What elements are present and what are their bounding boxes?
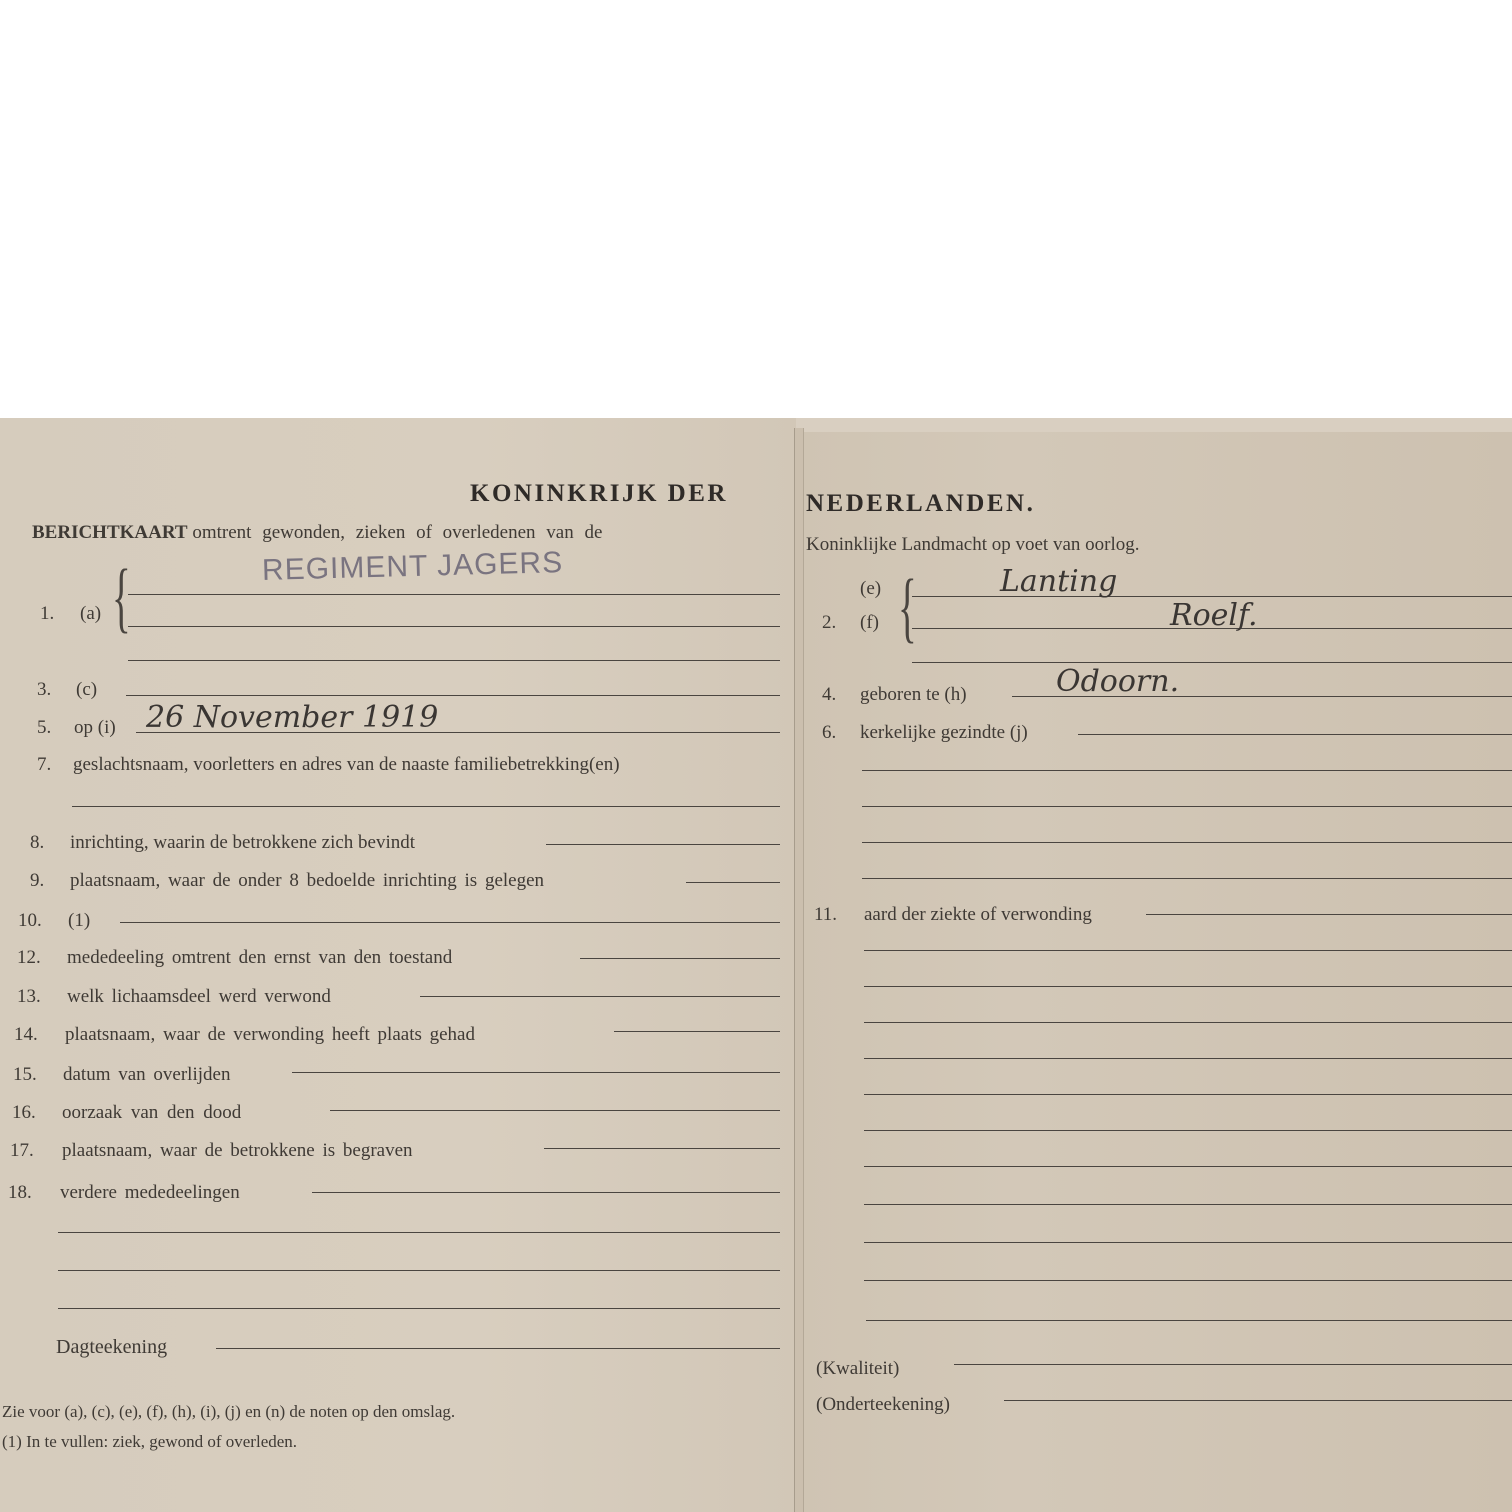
note-1: Zie voor (a), (c), (e), (f), (h), (i), (…	[2, 1402, 455, 1422]
field-18-input-2[interactable]	[58, 1232, 780, 1233]
field-11-input-7[interactable]	[864, 1130, 1512, 1131]
field-6-input-5[interactable]	[862, 878, 1512, 879]
field-7-num: 7.	[37, 754, 51, 776]
field-17-input[interactable]	[544, 1148, 780, 1149]
field-4-num: 4.	[822, 684, 836, 706]
field-6-input[interactable]	[1078, 734, 1512, 735]
field-2f-value: Roelf.	[1170, 598, 1258, 633]
field-18-label: verdere mededeelingen	[60, 1182, 240, 1204]
field-4-value: Odoorn.	[1056, 664, 1179, 699]
field-18-input[interactable]	[312, 1192, 780, 1193]
field-18-input-3[interactable]	[58, 1270, 780, 1271]
brace-1: {	[112, 558, 131, 636]
field-15-input[interactable]	[292, 1072, 780, 1073]
field-17-num: 17.	[10, 1140, 34, 1162]
field-1-input-b[interactable]	[128, 626, 780, 627]
field-8-label: inrichting, waarin de betrokkene zich be…	[70, 832, 415, 854]
field-18-input-4[interactable]	[58, 1308, 780, 1309]
title-left: KONINKRIJK DER	[470, 480, 728, 508]
field-6-input-3[interactable]	[862, 806, 1512, 807]
intro-left: BERICHTKAART omtrent gewonden, zieken of…	[32, 522, 602, 544]
field-10-num: 10.	[18, 910, 42, 932]
field-7-input[interactable]	[72, 806, 780, 807]
report-card: ...OLD. KONINKRIJK DER NEDERLANDEN. BERI…	[0, 418, 1512, 1512]
field-5-value: 26 November 1919	[146, 700, 438, 735]
intro-text: omtrent gewonden, zieken of overledenen …	[192, 522, 602, 543]
field-18-num: 18.	[8, 1182, 32, 1204]
field-11-input-3[interactable]	[864, 986, 1512, 987]
field-3-input[interactable]	[126, 695, 780, 696]
date-label: Dagteekening	[56, 1336, 167, 1359]
field-11-input-4[interactable]	[864, 1022, 1512, 1023]
field-5-label: op (i)	[74, 717, 116, 739]
field-2f-label: (f)	[860, 612, 879, 634]
field-12-input[interactable]	[580, 958, 780, 959]
field-8-input[interactable]	[546, 844, 780, 845]
field-11-input-6[interactable]	[864, 1094, 1512, 1095]
card-fold	[794, 428, 804, 1512]
field-10-input[interactable]	[120, 922, 780, 923]
field-14-input[interactable]	[614, 1031, 780, 1032]
intro-lead: BERICHTKAART	[32, 522, 188, 543]
field-1-input-c[interactable]	[128, 660, 780, 661]
field-8-num: 8.	[30, 832, 44, 854]
field-11-input-10[interactable]	[864, 1242, 1512, 1243]
field-13-input[interactable]	[420, 996, 780, 997]
intro-right: Koninklijke Landmacht op voet van oorlog…	[806, 534, 1139, 556]
field-9-input[interactable]	[686, 882, 780, 883]
field-13-label: welk lichaamsdeel werd verwond	[67, 986, 331, 1008]
field-16-num: 16.	[12, 1102, 36, 1124]
field-10-label: (1)	[68, 910, 90, 932]
field-14-num: 14.	[14, 1024, 38, 1046]
quality-label: (Kwaliteit)	[816, 1358, 899, 1380]
field-16-input[interactable]	[330, 1110, 780, 1111]
brace-2: {	[898, 568, 917, 646]
field-15-label: datum van overlijden	[63, 1064, 230, 1086]
field-16-label: oorzaak van den dood	[62, 1102, 241, 1124]
field-17-label: plaatsnaam, waar de betrokkene is begrav…	[62, 1140, 413, 1162]
field-11-input-11[interactable]	[864, 1280, 1512, 1281]
field-2e-label: (e)	[860, 578, 881, 600]
field-4-label: geboren te (h)	[860, 684, 967, 706]
field-6-input-2[interactable]	[862, 770, 1512, 771]
field-5-num: 5.	[37, 717, 51, 739]
quality-input[interactable]	[954, 1364, 1512, 1365]
field-9-num: 9.	[30, 870, 44, 892]
field-6-num: 6.	[822, 722, 836, 744]
field-6-input-4[interactable]	[862, 842, 1512, 843]
field-11-input[interactable]	[1146, 914, 1512, 915]
field-2g-input[interactable]	[912, 662, 1512, 663]
field-15-num: 15.	[13, 1064, 37, 1086]
field-3-num: 3.	[37, 679, 51, 701]
signature-label: (Onderteekening)	[816, 1394, 950, 1416]
field-6-label: kerkelijke gezindte (j)	[860, 722, 1028, 744]
field-11-input-2[interactable]	[864, 950, 1512, 951]
signature-input[interactable]	[1004, 1400, 1512, 1401]
field-11-input-8[interactable]	[864, 1166, 1512, 1167]
field-2-num: 2.	[822, 612, 836, 634]
field-3-label: (c)	[76, 679, 97, 701]
field-11-input-5[interactable]	[864, 1058, 1512, 1059]
field-1-label: (a)	[80, 603, 101, 625]
date-input[interactable]	[216, 1348, 780, 1349]
field-11-num: 11.	[814, 904, 837, 926]
field-12-label: mededeeling omtrent den ernst van den to…	[67, 947, 452, 969]
field-1-num: 1.	[40, 603, 54, 625]
field-13-num: 13.	[17, 986, 41, 1008]
title-right: NEDERLANDEN.	[806, 490, 1035, 518]
field-2e-value: Lanting	[1000, 564, 1117, 599]
field-1-input-a[interactable]	[128, 594, 780, 595]
field-12-num: 12.	[17, 947, 41, 969]
field-7-label: geslachtsnaam, voorletters en adres van …	[73, 754, 620, 776]
field-11-label: aard der ziekte of verwonding	[864, 904, 1092, 926]
field-11-input-9[interactable]	[864, 1204, 1512, 1205]
field-14-label: plaatsnaam, waar de verwonding heeft pla…	[65, 1024, 475, 1046]
note-2: (1) In te vullen: ziek, gewond of overle…	[2, 1432, 297, 1452]
field-11-input-12[interactable]	[866, 1320, 1512, 1321]
field-9-label: plaatsnaam, waar de onder 8 bedoelde inr…	[70, 870, 544, 892]
